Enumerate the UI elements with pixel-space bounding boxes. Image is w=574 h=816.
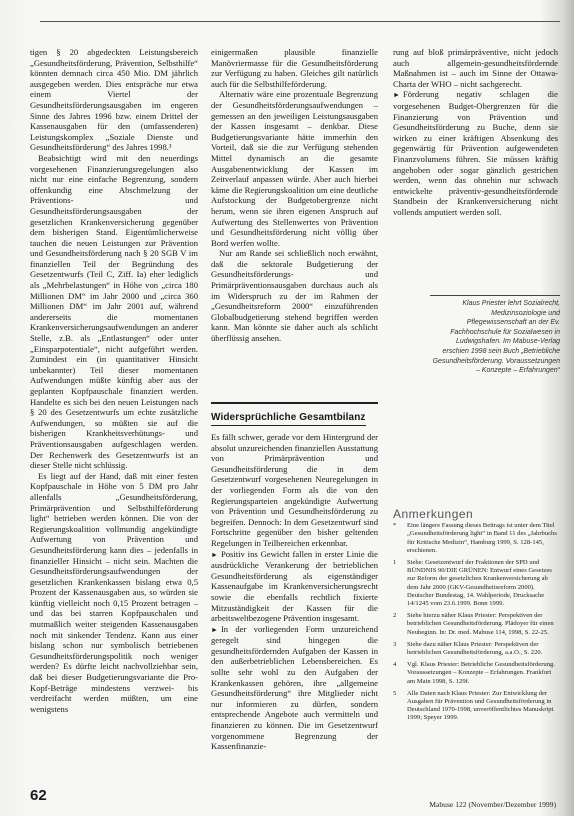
footnote-text: Alle Daten nach Klaus Priester: Zur Entw… [407, 690, 558, 723]
footnote-text: Eine längere Fassung dieses Beitrags ist… [407, 522, 558, 555]
footnote-number: 4 [393, 661, 407, 686]
footnote-number: * [393, 522, 407, 555]
header-rule [40, 21, 560, 22]
footnotes: Anmerkungen *Eine längere Fassung dieses… [393, 510, 558, 727]
text-column-1: tigen § 20 abgedeckten Leistungsbereich … [30, 47, 198, 714]
footnote-number: 3 [393, 641, 407, 657]
paragraph-text: Positiv ins Gewicht fallen in erster Lin… [211, 549, 378, 624]
bullet-paragraph: ►In der vorliegenden Form unzureichend g… [211, 624, 378, 752]
footnote: *Eine längere Fassung dieses Beitrags is… [393, 522, 558, 555]
paragraph: einigermaßen plausible finanzielle Manöv… [211, 47, 378, 89]
text-column-2: einigermaßen plausible finanzielle Manöv… [211, 47, 378, 344]
paragraph-text: In der vorliegenden Form unzureichend ge… [211, 624, 378, 752]
footnote-text: Siehe dazu näher Klaus Priester: Perspek… [407, 641, 558, 657]
paragraph: Es liegt auf der Hand, daß mit einer fes… [30, 471, 198, 715]
section-heading-block: Widersprüchliche Gesamtbilanz [211, 402, 378, 426]
footnote-text: Vgl. Klaus Priester: Betriebliche Gesund… [407, 661, 558, 686]
paragraph: Es fällt schwer, gerade vor dem Hintergr… [211, 432, 378, 549]
footnotes-heading: Anmerkungen [393, 510, 558, 518]
footnote-text: Siehe: Gesetzentwurf der Fraktionen der … [407, 559, 558, 608]
author-bio: Klaus Priester lehrt Sozialrecht, Medizi… [430, 295, 560, 376]
bullet-paragraph: ►Positiv ins Gewicht fallen in erster Li… [211, 549, 378, 624]
footnote: 4Vgl. Klaus Priester: Betriebliche Gesun… [393, 661, 558, 686]
paragraph: Nur am Rande sei schließlich noch erwähn… [211, 248, 378, 343]
footnote: 2Siehe hierzu näher Klaus Priester: Pers… [393, 612, 558, 637]
paragraph-text: Förderung negativ schlagen die vorgesehe… [393, 89, 558, 217]
section-heading: Widersprüchliche Gesamtbilanz [211, 412, 366, 426]
footnote-number: 5 [393, 690, 407, 723]
text-column-3: rung auf bloß primärpräventive, nicht je… [393, 47, 558, 218]
bullet-paragraph: ►Förderung negativ schlagen die vorgeseh… [393, 89, 558, 217]
paragraph: Alternativ wäre eine prozentuale Begrenz… [211, 89, 378, 248]
footnote: 1Siehe: Gesetzentwurf der Fraktionen der… [393, 559, 558, 608]
arrow-bullet-icon: ► [211, 551, 218, 559]
footnote: 3Siehe dazu näher Klaus Priester: Perspe… [393, 641, 558, 657]
page-number: 62 [30, 787, 47, 804]
magazine-page: tigen § 20 abgedeckten Leistungsbereich … [0, 0, 574, 816]
footnote: 5Alle Daten nach Klaus Priester: Zur Ent… [393, 690, 558, 723]
footnote-number: 1 [393, 559, 407, 608]
issue-reference: Mabuse 122 (November/Dezember 1999) [429, 800, 556, 809]
paragraph: rung auf bloß primärpräventive, nicht je… [393, 47, 558, 89]
arrow-bullet-icon: ► [393, 91, 400, 99]
text-column-2-section: Es fällt schwer, gerade vor dem Hintergr… [211, 432, 378, 752]
footnote-text: Siehe hierzu näher Klaus Priester: Persp… [407, 612, 558, 637]
paragraph: tigen § 20 abgedeckten Leistungsbereich … [30, 47, 198, 153]
paragraph: Beabsichtigt wird mit den neuerdings vor… [30, 153, 198, 471]
arrow-bullet-icon: ► [211, 626, 218, 634]
footnote-number: 2 [393, 612, 407, 637]
